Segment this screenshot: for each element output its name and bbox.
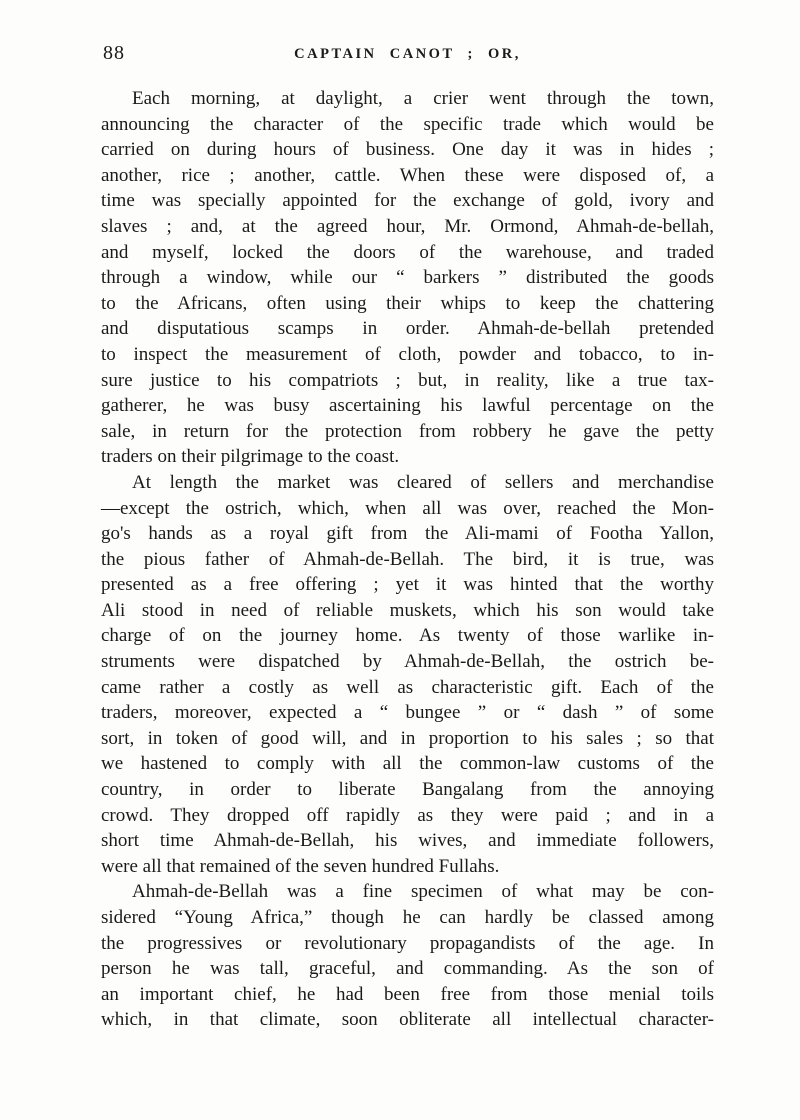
text-line: At length the market was cleared of sell… <box>101 470 714 496</box>
text-line: person he was tall, graceful, and comman… <box>101 956 714 982</box>
book-page: 88 CAPTAIN CANOT ; OR, Each morning, at … <box>0 0 800 1120</box>
text-line: gatherer, he was busy ascertaining his l… <box>101 393 714 419</box>
paragraph: Ahmah-de-Bellah was a fine specimen of w… <box>101 879 714 1033</box>
text-line: to inspect the measurement of cloth, pow… <box>101 342 714 368</box>
text-line: presented as a free offering ; yet it wa… <box>101 572 714 598</box>
text-line: Each morning, at daylight, a crier went … <box>101 86 714 112</box>
text-line: through a window, while our “ barkers ” … <box>101 265 714 291</box>
text-line: crowd. They dropped off rapidly as they … <box>101 803 714 829</box>
text-line: struments were dispatched by Ahmah-de-Be… <box>101 649 714 675</box>
text-line: time was specially appointed for the exc… <box>101 188 714 214</box>
text-line: the progressives or revolutionary propag… <box>101 931 714 957</box>
text-line: sale, in return for the protection from … <box>101 419 714 445</box>
text-line: —except the ostrich, which, when all was… <box>101 496 714 522</box>
text-line: Ali stood in need of reliable muskets, w… <box>101 598 714 624</box>
text-line: traders on their pilgrimage to the coast… <box>101 444 714 470</box>
paragraph: At length the market was cleared of sell… <box>101 470 714 880</box>
paragraph: Each morning, at daylight, a crier went … <box>101 86 714 470</box>
text-line: sure justice to his compatriots ; but, i… <box>101 368 714 394</box>
text-line: traders, moreover, expected a “ bungee ”… <box>101 700 714 726</box>
page-header: 88 CAPTAIN CANOT ; OR, <box>101 42 714 68</box>
text-line: short time Ahmah-de-Bellah, his wives, a… <box>101 828 714 854</box>
text-line: to the Africans, often using their whips… <box>101 291 714 317</box>
page-body: Each morning, at daylight, a crier went … <box>101 86 714 1033</box>
text-line: an important chief, he had been free fro… <box>101 982 714 1008</box>
text-line: slaves ; and, at the agreed hour, Mr. Or… <box>101 214 714 240</box>
text-line: and disputatious scamps in order. Ahmah-… <box>101 316 714 342</box>
text-line: we hastened to comply with all the commo… <box>101 751 714 777</box>
text-line: go's hands as a royal gift from the Ali-… <box>101 521 714 547</box>
text-line: were all that remained of the seven hund… <box>101 854 714 880</box>
text-line: another, rice ; another, cattle. When th… <box>101 163 714 189</box>
running-head: CAPTAIN CANOT ; OR, <box>101 46 714 63</box>
text-line: Ahmah-de-Bellah was a fine specimen of w… <box>101 879 714 905</box>
text-line: sort, in token of good will, and in prop… <box>101 726 714 752</box>
text-line: sidered “Young Africa,” though he can ha… <box>101 905 714 931</box>
text-line: announcing the character of the specific… <box>101 112 714 138</box>
text-line: which, in that climate, soon obliterate … <box>101 1007 714 1033</box>
text-line: country, in order to liberate Bangalang … <box>101 777 714 803</box>
text-line: the pious father of Ahmah-de-Bellah. The… <box>101 547 714 573</box>
text-line: charge of on the journey home. As twenty… <box>101 623 714 649</box>
text-line: and myself, locked the doors of the ware… <box>101 240 714 266</box>
text-line: carried on during hours of business. One… <box>101 137 714 163</box>
text-line: came rather a costly as well as characte… <box>101 675 714 701</box>
